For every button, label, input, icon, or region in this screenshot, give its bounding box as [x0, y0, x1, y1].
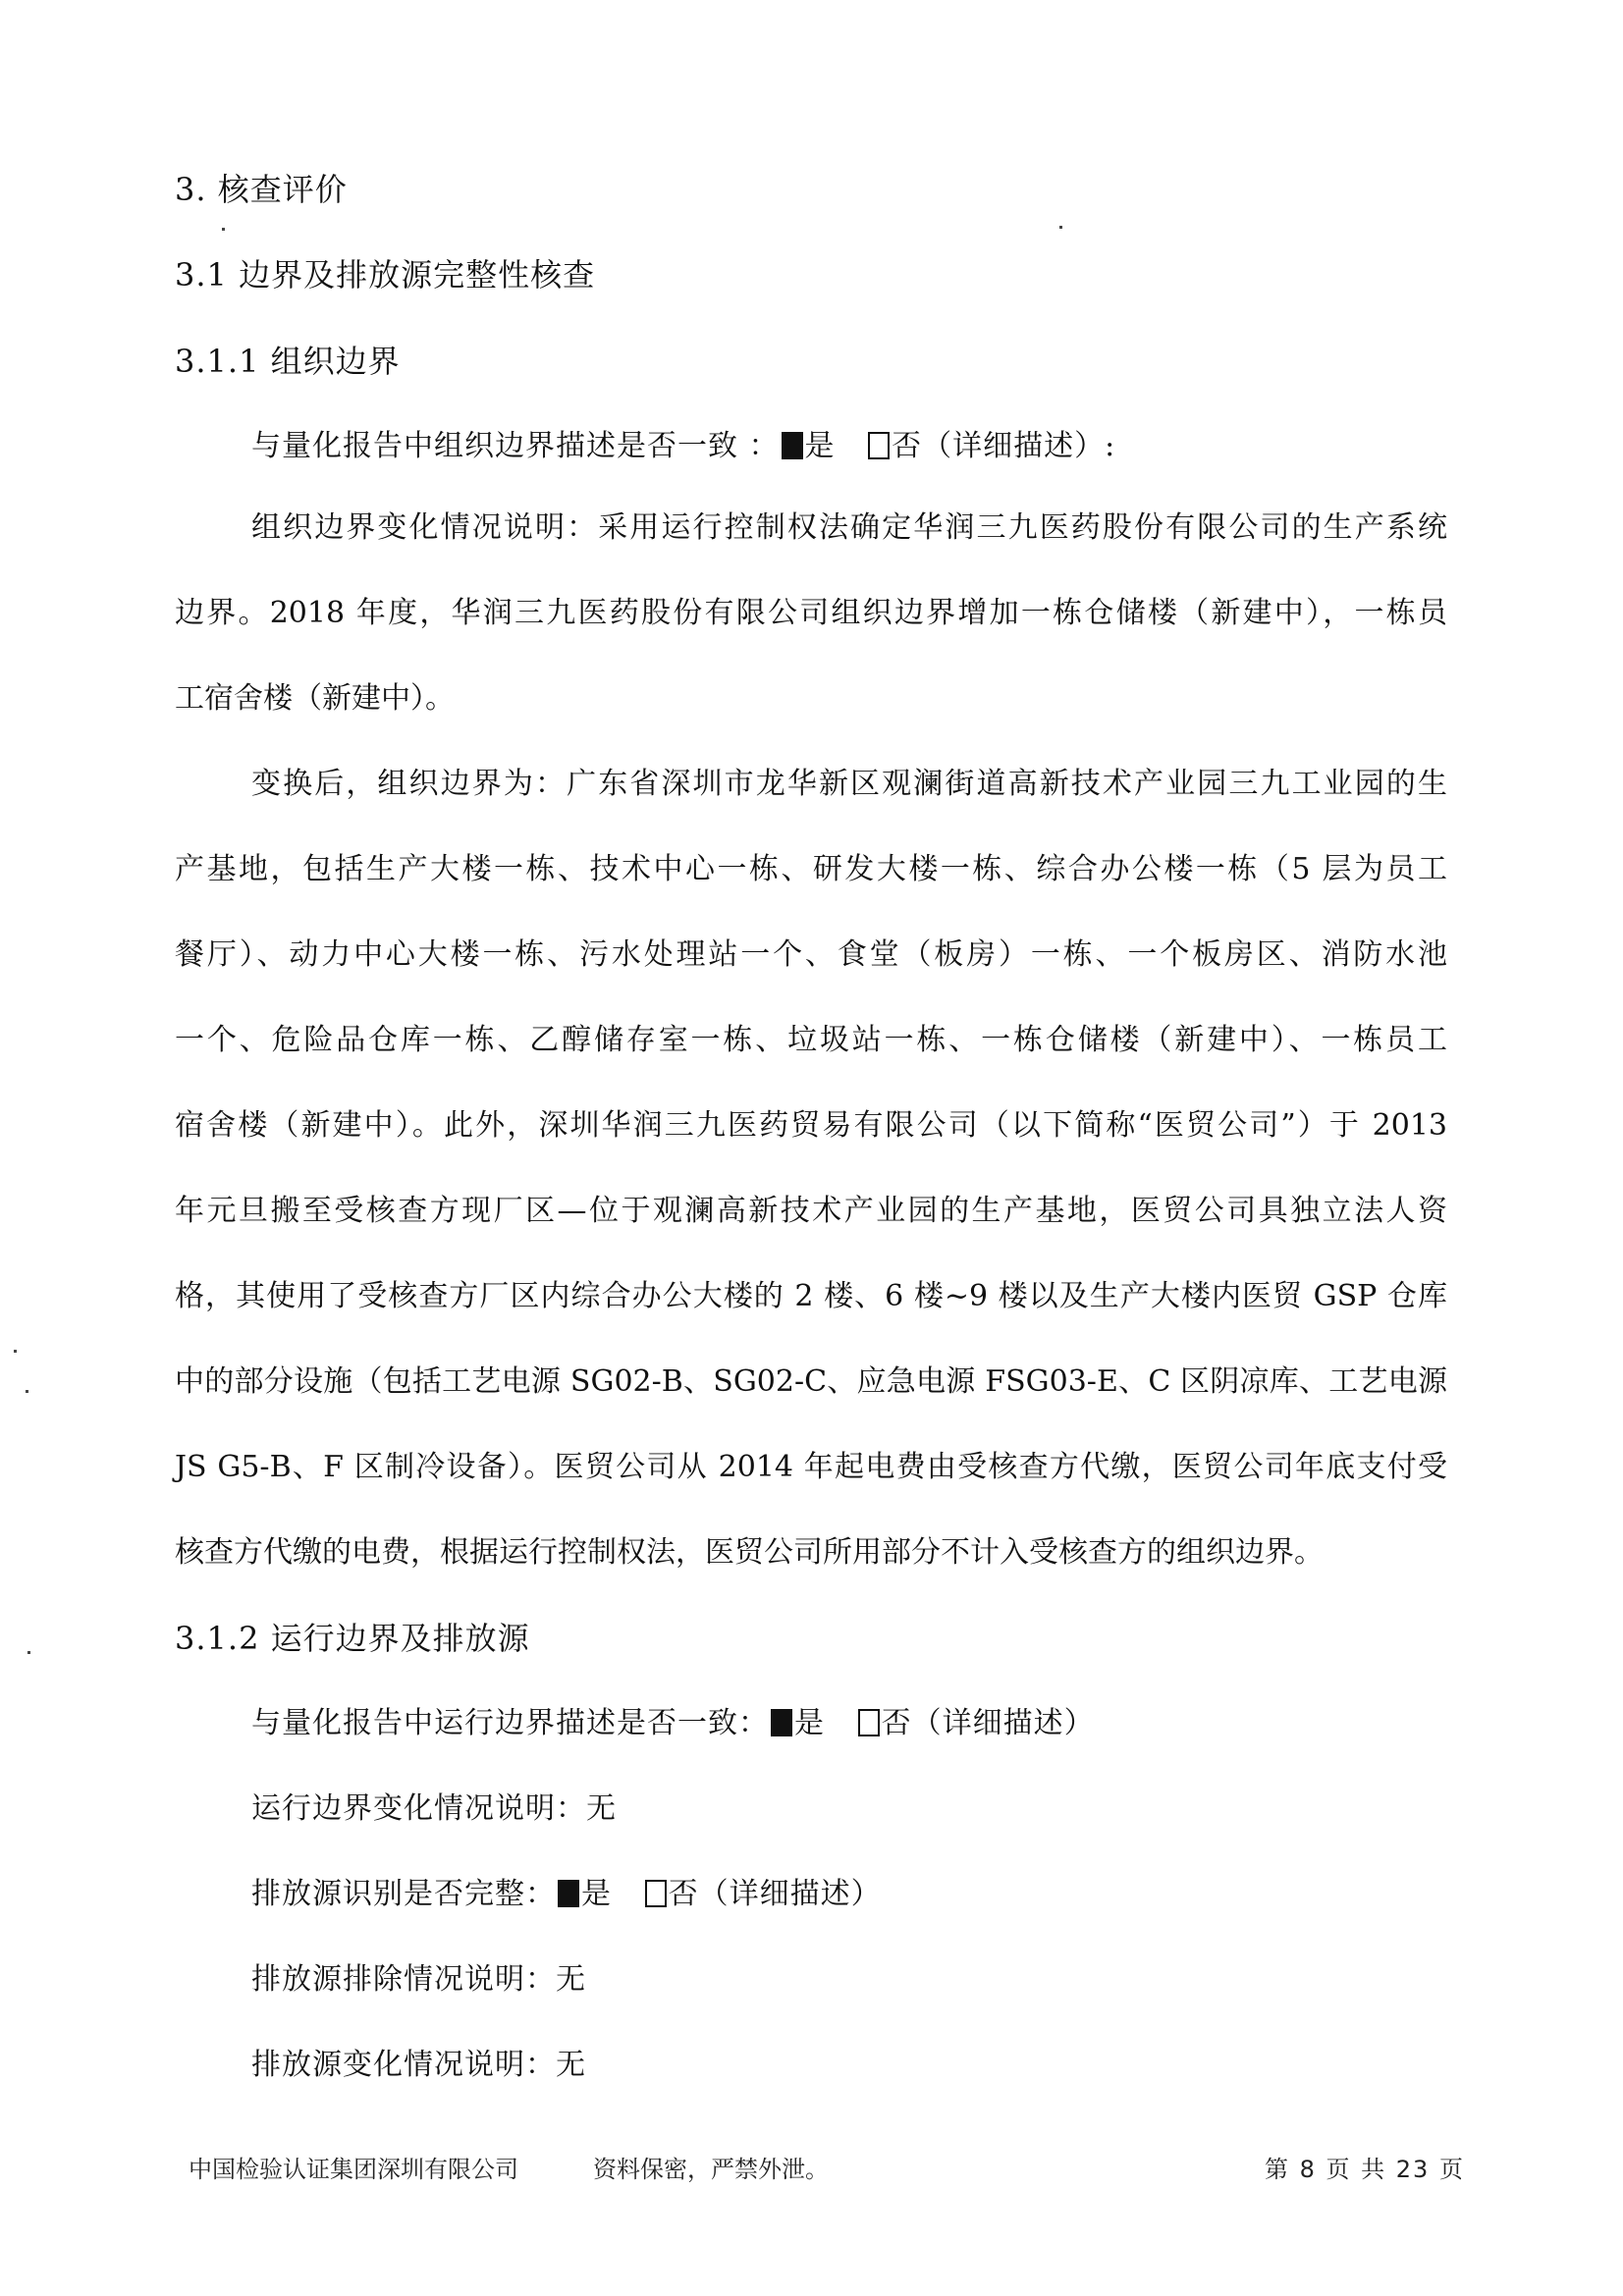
org-change-line-3: 工宿舍楼（新建中）。	[175, 681, 1447, 717]
yes-label: 是	[581, 1877, 612, 1911]
org-boundary-consistency-row: 与量化报告中组织边界描述是否一致 ：是 否（详细描述）:	[251, 429, 1115, 464]
section-title: 3. 核查评价	[175, 172, 348, 207]
scan-speck	[222, 228, 225, 231]
no-label: 否（详细描述）:	[892, 429, 1115, 463]
scan-speck	[14, 1350, 17, 1353]
after-change-line-4: 一个、危险品仓库一栋、乙醇储存室一栋、垃圾站一栋、一栋仓储楼（新建中）、一栋员工	[175, 1023, 1447, 1058]
after-change-line-5: 宿舍楼（新建中）。此外，深圳华润三九医药贸易有限公司（以下简称“医贸公司”）于 …	[175, 1108, 1447, 1144]
org-boundary-question: 与量化报告中组织边界描述是否一致 ：	[251, 429, 780, 463]
after-change-line-2: 产基地，包括生产大楼一栋、技术中心一栋、研发大楼一栋、综合办公楼一栋（5 层为员…	[175, 852, 1447, 887]
op-boundary-heading: 3.1.2 运行边界及排放源	[175, 1621, 530, 1656]
footer-page-indicator: 第 8 页 共 23 页	[1265, 2155, 1465, 2184]
op-boundary-consistency-row: 与量化报告中运行边界描述是否一致：是 否（详细描述）	[251, 1706, 1095, 1741]
yes-label: 是	[794, 1706, 825, 1740]
after-change-line-10: 核查方代缴的电费，根据运行控制权法，医贸公司所用部分不计入受核查方的组织边界。	[175, 1535, 1447, 1571]
no-checkbox-empty-icon	[645, 1880, 667, 1907]
yes-checkbox-checked-icon	[782, 432, 803, 459]
no-checkbox-empty-icon	[858, 1709, 880, 1736]
scan-speck	[1059, 226, 1062, 229]
footer-company: 中国检验认证集团深圳有限公司	[189, 2155, 518, 2184]
op-boundary-question: 与量化报告中运行边界描述是否一致：	[251, 1706, 769, 1740]
footer-confidential-notice: 资料保密，严禁外泄。	[593, 2155, 829, 2184]
yes-checkbox-checked-icon	[771, 1709, 792, 1736]
after-change-line-3: 餐厅）、动力中心大楼一栋、污水处理站一个、食堂（板房）一栋、一个板房区、消防水池	[175, 937, 1447, 973]
after-change-line-6: 年元旦搬至受核查方现厂区—位于观澜高新技术产业园的生产基地，医贸公司具独立法人资	[175, 1194, 1447, 1229]
scan-speck	[26, 1390, 28, 1393]
no-label: 否（详细描述）	[882, 1706, 1095, 1740]
after-change-line-7: 格，其使用了受核查方厂区内综合办公大楼的 2 楼、6 楼~9 楼以及生产大楼内医…	[175, 1279, 1447, 1314]
after-change-line-9: JS G5-B、F 区制冷设备）。医贸公司从 2014 年起电费由受核查方代缴，…	[175, 1450, 1447, 1485]
source-change-note: 排放源变化情况说明：无	[251, 2048, 586, 2083]
op-change-note: 运行边界变化情况说明：无	[251, 1791, 617, 1827]
scan-speck	[27, 1651, 30, 1654]
org-change-line-2: 边界。2018 年度，华润三九医药股份有限公司组织边界增加一栋仓储楼（新建中），…	[175, 596, 1447, 631]
subsection-title: 3.1 边界及排放源完整性核查	[175, 257, 595, 293]
source-complete-row: 排放源识别是否完整：是 否（详细描述）	[251, 1877, 882, 1912]
org-boundary-heading: 3.1.1 组织边界	[175, 344, 401, 379]
source-exclusion-note: 排放源排除情况说明：无	[251, 1962, 586, 1998]
no-checkbox-empty-icon	[868, 432, 890, 459]
no-label: 否（详细描述）	[669, 1877, 882, 1911]
org-change-line-1: 组织边界变化情况说明：采用运行控制权法确定华润三九医药股份有限公司的生产系统	[251, 510, 1447, 546]
yes-checkbox-checked-icon	[558, 1880, 579, 1907]
source-complete-question: 排放源识别是否完整：	[251, 1877, 556, 1911]
after-change-line-8: 中的部分设施（包括工艺电源 SG02-B、SG02-C、应急电源 FSG03-E…	[175, 1364, 1447, 1400]
yes-label: 是	[805, 429, 836, 463]
document-page: 3. 核查评价 3.1 边界及排放源完整性核查 3.1.1 组织边界 与量化报告…	[0, 0, 1623, 2296]
after-change-line-1: 变换后，组织边界为：广东省深圳市龙华新区观澜街道高新技术产业园三九工业园的生	[251, 767, 1447, 802]
